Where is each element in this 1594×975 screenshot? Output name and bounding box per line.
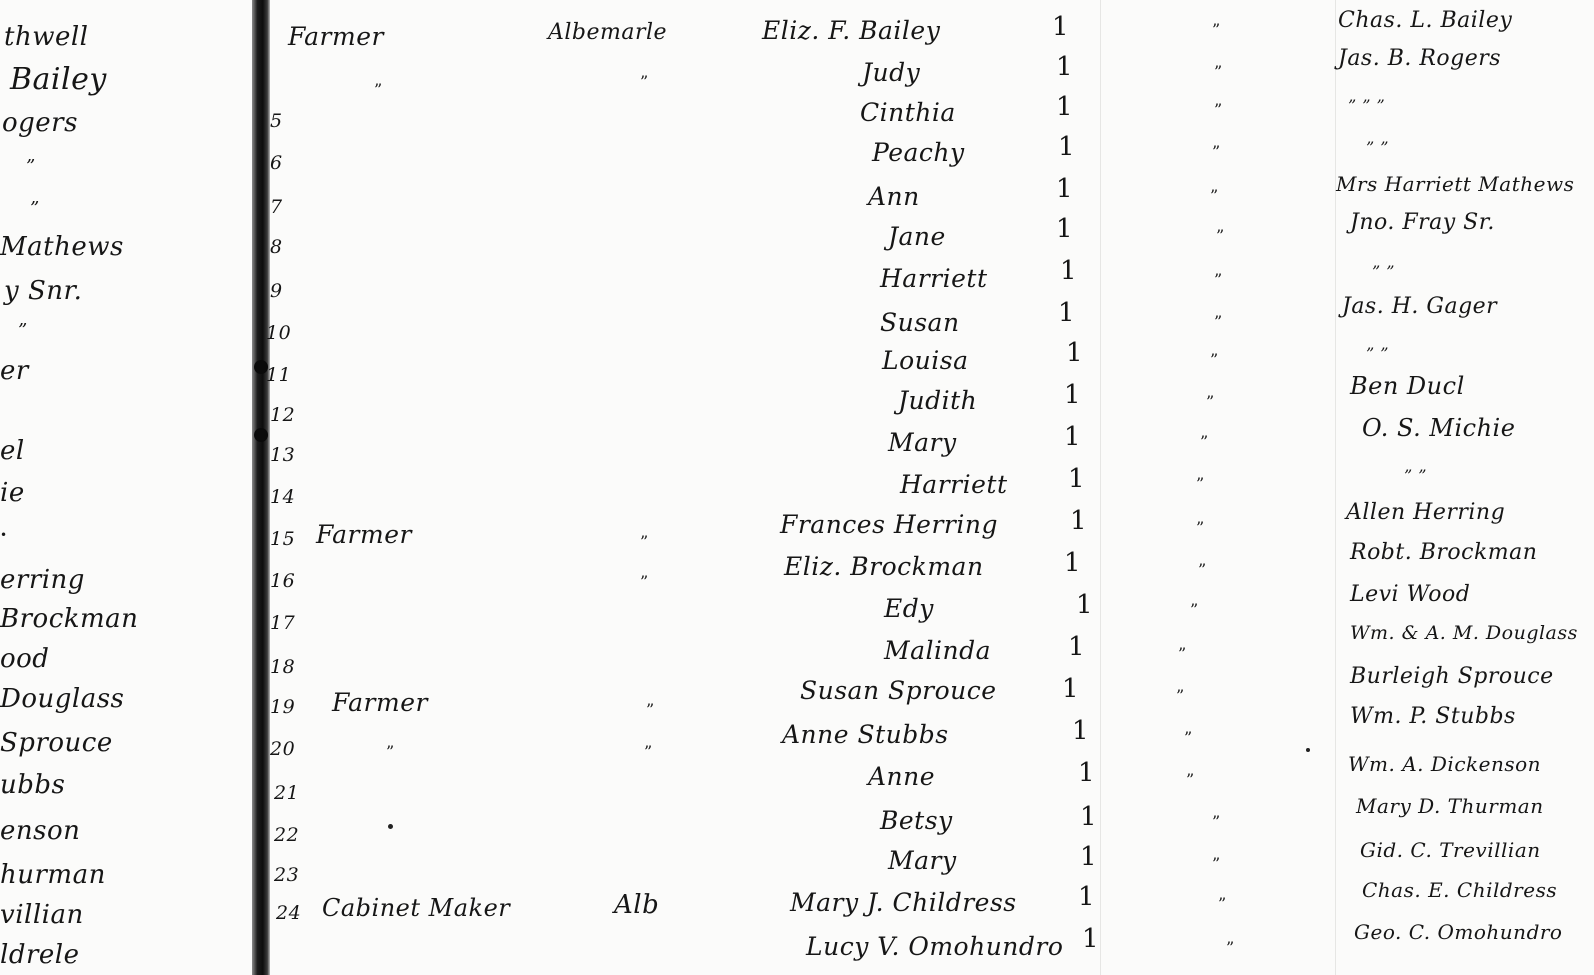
owner-name-cell: Geo. C. Omohundro: [1354, 920, 1562, 944]
line-number: 7: [270, 196, 283, 218]
line-number: 13: [270, 444, 295, 466]
column-rule: [1100, 0, 1101, 975]
line-number: 18: [270, 656, 295, 678]
ditto-mark: ”: [1210, 186, 1219, 205]
occupation-cell: Farmer: [316, 520, 412, 549]
tally-mark: 1: [1064, 422, 1081, 452]
ditto-mark: ”: [1198, 560, 1207, 579]
owner-name-cell: Jas. B. Rogers: [1338, 46, 1501, 71]
line-number: 24: [276, 902, 301, 924]
slave-name-cell: Lucy V. Omohundro: [806, 932, 1063, 961]
owner-name-cell: Ben Ducl: [1350, 372, 1465, 400]
ditto-mark: ”: [1190, 600, 1199, 619]
tally-mark: 1: [1058, 298, 1075, 328]
slave-name-cell: Anne: [868, 762, 935, 791]
column-rule: [1335, 0, 1336, 975]
tally-mark: 1: [1078, 882, 1095, 912]
owner-name-cell: Chas. L. Bailey: [1338, 8, 1512, 33]
tally-mark: 1: [1066, 338, 1083, 368]
binding-stitch: [254, 428, 268, 442]
owner-name-cell: Wm. A. Dickenson: [1348, 752, 1541, 776]
slave-name-cell: Susan Sprouce: [800, 676, 997, 705]
left-page-fragment: Bailey: [10, 62, 107, 97]
left-page-fragment: Sprouce: [0, 728, 113, 758]
slave-name-cell: Judy: [862, 58, 920, 87]
slave-name-cell: Jane: [888, 222, 946, 251]
tally-mark: 1: [1064, 548, 1081, 578]
line-number: 21: [274, 782, 299, 804]
ditto-mark: ”: [1212, 142, 1221, 161]
tally-mark: 1: [1082, 924, 1099, 954]
register-page: thwell Bailey ogers ” ” Mathews y Snr. ”…: [0, 0, 1594, 975]
place-cell: Alb: [614, 890, 659, 920]
tally-mark: 1: [1068, 632, 1085, 662]
tally-mark: 1: [1056, 214, 1073, 244]
place-cell: ”: [644, 742, 653, 761]
owner-name-cell: ” ”: [1366, 138, 1389, 157]
owner-name-cell: ” ”: [1366, 344, 1389, 363]
left-page-fragment: ldrele: [0, 940, 79, 970]
place-cell: ”: [640, 532, 649, 551]
line-number: 16: [270, 570, 295, 592]
ditto-mark: ”: [1214, 100, 1223, 119]
tally-mark: 1: [1060, 256, 1077, 286]
tally-mark: 1: [1064, 380, 1081, 410]
slave-name-cell: Anne Stubbs: [782, 720, 949, 749]
occupation-cell: Farmer: [332, 688, 428, 717]
left-page-fragment: y Snr.: [4, 276, 82, 306]
ditto-mark: ”: [1200, 432, 1209, 451]
owner-name-cell: ” ”: [1404, 466, 1427, 485]
tally-mark: 1: [1052, 12, 1069, 42]
slave-name-cell: Mary: [888, 428, 957, 457]
owner-name-cell: Burleigh Sprouce: [1350, 664, 1554, 689]
tally-mark: 1: [1076, 590, 1093, 620]
slave-name-cell: Judith: [898, 386, 977, 415]
left-page-fragment: enson: [0, 816, 80, 846]
ditto-mark: ”: [1214, 62, 1223, 81]
owner-name-cell: Allen Herring: [1346, 500, 1505, 525]
tally-mark: 1: [1068, 464, 1085, 494]
left-page-fragment: ”: [18, 320, 28, 341]
line-number: 11: [266, 364, 291, 386]
line-number: 19: [270, 696, 295, 718]
left-page-fragment: Douglass: [0, 684, 124, 714]
tally-mark: 1: [1062, 674, 1079, 704]
book-binding-spine: [252, 0, 270, 975]
line-number: 5: [270, 110, 283, 132]
owner-name-cell: Gid. C. Trevillian: [1360, 838, 1541, 862]
slave-name-cell: Frances Herring: [780, 510, 998, 539]
ditto-mark: ”: [1216, 226, 1225, 245]
place-cell: Albemarle: [548, 20, 667, 45]
slave-name-cell: Louisa: [882, 346, 968, 375]
left-page-fragment: Mathews: [0, 232, 124, 262]
ditto-mark: ”: [1178, 644, 1187, 663]
owner-name-cell: Jno. Fray Sr.: [1350, 210, 1495, 235]
tally-mark: 1: [1058, 132, 1075, 162]
line-number: 14: [270, 486, 295, 508]
line-number: 22: [274, 824, 299, 846]
ditto-mark: ”: [1184, 728, 1193, 747]
tally-mark: 1: [1070, 506, 1087, 536]
ditto-mark: ”: [1218, 894, 1227, 913]
place-cell: ”: [646, 700, 655, 719]
ditto-mark: ”: [1206, 392, 1215, 411]
tally-mark: 1: [1056, 52, 1073, 82]
owner-name-cell: Wm. P. Stubbs: [1350, 704, 1516, 729]
ditto-mark: ”: [1212, 854, 1221, 873]
left-page-fragment: ie: [0, 478, 25, 508]
line-number: 6: [270, 152, 283, 174]
tally-mark: 1: [1078, 758, 1095, 788]
line-number: 9: [270, 280, 283, 302]
owner-name-cell: Mary D. Thurman: [1356, 794, 1544, 818]
left-page-fragment: villian: [0, 900, 84, 930]
left-page-fragment: ”: [30, 198, 40, 219]
occupation-cell: ”: [386, 742, 395, 761]
left-page-fragment: hurman: [0, 860, 106, 890]
tally-mark: 1: [1056, 174, 1073, 204]
ink-dot: [388, 824, 393, 829]
tally-mark: 1: [1056, 92, 1073, 122]
left-page-fragment: ogers: [2, 108, 78, 138]
ditto-mark: ”: [1226, 938, 1235, 957]
owner-name-cell: Chas. E. Childress: [1362, 878, 1557, 902]
tally-mark: 1: [1072, 716, 1089, 746]
owner-name-cell: Mrs Harriett Mathews: [1336, 172, 1574, 196]
slave-name-cell: Harriett: [900, 470, 1008, 499]
occupation-cell: ”: [374, 80, 383, 99]
owner-name-cell: ” ”: [1372, 262, 1395, 281]
slave-name-cell: Mary: [888, 846, 957, 875]
occupation-cell: Cabinet Maker: [322, 894, 510, 922]
line-number: 15: [270, 528, 295, 550]
left-page-fragment: ubbs: [0, 770, 65, 800]
left-page-fragment: ”: [26, 156, 36, 177]
ditto-mark: ”: [1196, 518, 1205, 537]
slave-name-cell: Susan: [880, 308, 960, 337]
slave-name-cell: Harriett: [880, 264, 988, 293]
left-page-fragment: ood: [0, 644, 49, 674]
ditto-mark: ”: [1212, 812, 1221, 831]
line-number: 17: [270, 612, 295, 634]
line-number: 12: [270, 404, 295, 426]
left-page-fragment: erring: [0, 565, 85, 595]
ditto-mark: ”: [1214, 312, 1223, 331]
left-page-fragment: Brockman: [0, 604, 138, 634]
owner-name-cell: Robt. Brockman: [1350, 540, 1537, 565]
line-number: 23: [274, 864, 299, 886]
ink-dot: [1306, 748, 1310, 752]
slave-name-cell: Cinthia: [860, 98, 956, 127]
slave-name-cell: Eliz. Brockman: [784, 552, 984, 581]
slave-name-cell: Mary J. Childress: [790, 888, 1017, 917]
left-page-fragment: •: [0, 528, 8, 542]
ditto-mark: ”: [1212, 20, 1221, 39]
slave-name-cell: Eliz. F. Bailey: [762, 16, 940, 45]
owner-name-cell: O. S. Michie: [1362, 414, 1515, 442]
slave-name-cell: Peachy: [872, 138, 965, 167]
place-cell: ”: [640, 572, 649, 591]
line-number: 20: [270, 738, 295, 760]
left-page-fragment: thwell: [4, 22, 88, 52]
ditto-mark: ”: [1214, 270, 1223, 289]
tally-mark: 1: [1080, 842, 1097, 872]
owner-name-cell: Wm. & A. M. Douglass: [1350, 622, 1578, 644]
ditto-mark: ”: [1210, 350, 1219, 369]
tally-mark: 1: [1080, 802, 1097, 832]
line-number: 10: [266, 322, 291, 344]
left-page-fragment: er: [0, 356, 29, 386]
slave-name-cell: Edy: [884, 594, 934, 623]
line-number: 8: [270, 236, 283, 258]
place-cell: ”: [640, 72, 649, 91]
slave-name-cell: Betsy: [880, 806, 953, 835]
slave-name-cell: Ann: [868, 182, 920, 211]
owner-name-cell: ” ” ”: [1348, 96, 1385, 115]
owner-name-cell: Levi Wood: [1350, 582, 1470, 607]
left-page-fragment: el: [0, 436, 25, 466]
owner-name-cell: Jas. H. Gager: [1342, 294, 1497, 319]
occupation-cell: Farmer: [288, 22, 384, 51]
slave-name-cell: Malinda: [884, 636, 991, 665]
ditto-mark: ”: [1186, 770, 1195, 789]
ditto-mark: ”: [1176, 686, 1185, 705]
ditto-mark: ”: [1196, 474, 1205, 493]
